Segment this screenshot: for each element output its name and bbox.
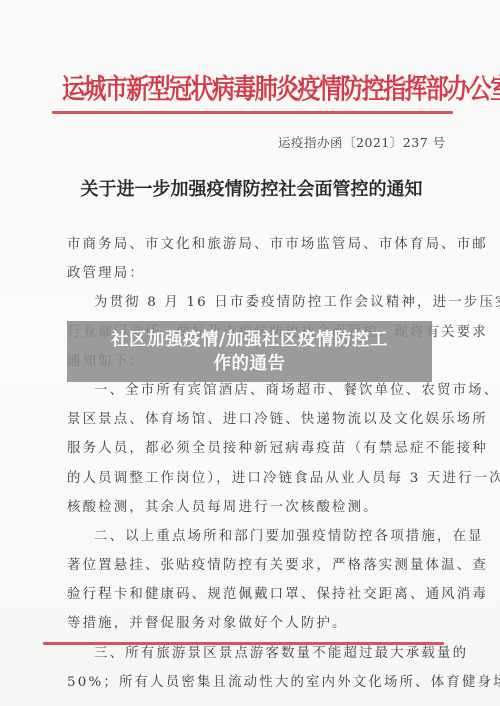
document-body: 市商务局、市文化和旅游局、市市场监管局、市体育局、市邮 政管理局： 为贯彻 8 …: [67, 230, 431, 697]
red-header-rule: [52, 111, 453, 114]
body-line: 服务人员，都必须全员接种新冠病毒疫苗（有禁忌症不能接种: [67, 434, 431, 463]
document-title: 关于进一步加强疫情防控社会面管控的通知: [74, 175, 429, 201]
document-page: 运城市新型冠状病毒肺炎疫情防控指挥部办公室 运疫指办函〔2021〕237 号 关…: [0, 0, 500, 706]
body-line: 著位置悬挂、张贴疫情防控有关要求，严格落实测量体温、查: [67, 551, 431, 580]
overlay-title-line-1: 社区加强疫情/加强社区疫情防控工: [80, 328, 420, 352]
caption-overlay: 社区加强疫情/加强社区疫情防控工 作的通告: [67, 321, 432, 382]
body-line: 核酸检测，其余人员每周进行一次核酸检测。: [67, 493, 431, 522]
body-line: 验行程卡和健康码、规范佩戴口罩、保持社交距离、通风消毒: [67, 580, 431, 609]
body-line: 等措施，并督促服务对象做好个人防护。: [67, 609, 431, 638]
body-line: 市商务局、市文化和旅游局、市市场监管局、市体育局、市邮: [67, 230, 431, 259]
body-line: 政管理局：: [67, 259, 431, 288]
overlay-title-line-2: 作的通告: [80, 352, 420, 376]
document-number: 运疫指办函〔2021〕237 号: [278, 133, 446, 151]
body-line: 的人员调整工作岗位），进口冷链食品从业人员每 3 天进行一次: [67, 464, 431, 493]
red-footer-rule: [43, 642, 444, 645]
body-line: 为贯彻 8 月 16 日市委疫情防控工作会议精神，进一步压实: [67, 288, 431, 317]
body-line: 50%；所有人员密集且流动性大的室内外文化场所、体育健身场: [67, 668, 431, 697]
issuing-organization-header: 运城市新型冠状病毒肺炎疫情防控指挥部办公室: [62, 66, 442, 113]
body-line: 二、以上重点场所和部门要加强疫情防控各项措施，在显: [67, 522, 431, 551]
body-line: 景区景点、体育场馆、进口冷链、快递物流以及文化娱乐场所: [67, 405, 431, 434]
